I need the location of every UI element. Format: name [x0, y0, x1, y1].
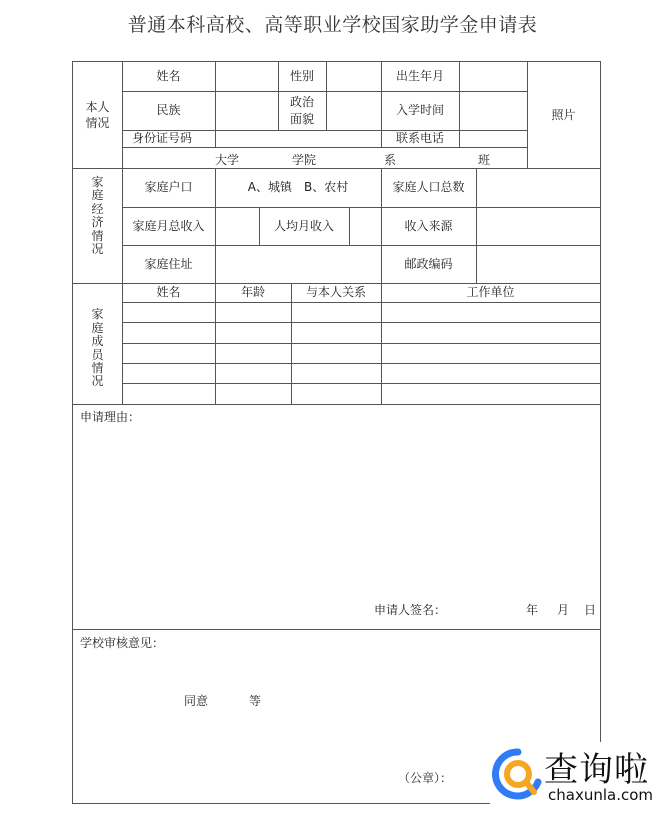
member-row-1-age[interactable]: [215, 302, 291, 322]
name-label: 姓名: [122, 62, 215, 91]
income-source-label: 收入来源: [381, 207, 476, 245]
member-row-1-workplace[interactable]: [381, 302, 600, 322]
divider: [73, 404, 601, 405]
birth-label: 出生年月: [381, 62, 459, 91]
phone-label: 联系电话: [381, 130, 459, 147]
members-header-relation: 与本人关系: [291, 283, 381, 302]
monthly-income-field[interactable]: [215, 207, 259, 245]
population-label: 家庭人口总数: [381, 168, 476, 207]
review-label: 学校审核意见：: [80, 634, 164, 651]
member-row-5-relation[interactable]: [291, 383, 381, 404]
sign-day-label: 日: [584, 601, 596, 618]
watermark-logo: 查询啦 chaxunla.com: [490, 742, 660, 808]
member-row-4-age[interactable]: [215, 363, 291, 383]
ethnicity-field[interactable]: [215, 91, 278, 130]
household-options[interactable]: A、城镇 B、农村: [215, 168, 381, 207]
university-label: 大学: [215, 151, 239, 168]
member-row-1-name[interactable]: [122, 302, 215, 322]
postcode-label: 邮政编码: [381, 245, 476, 283]
household-label: 家庭户口: [122, 168, 215, 207]
address-field[interactable]: [215, 245, 381, 283]
per-capita-field[interactable]: [349, 207, 381, 245]
members-header-age: 年龄: [215, 283, 291, 302]
monthly-income-label: 家庭月总收入: [122, 207, 215, 245]
seal-label: （公章）：: [398, 769, 452, 786]
sign-month-label: 月: [557, 601, 569, 618]
member-row-3-workplace[interactable]: [381, 343, 600, 363]
ethnicity-label: 民族: [122, 91, 215, 130]
review-grade-label: 等: [249, 692, 261, 709]
member-row-5-age[interactable]: [215, 383, 291, 404]
postcode-field[interactable]: [476, 245, 600, 283]
member-row-5-name[interactable]: [122, 383, 215, 404]
signature-label: 申请人签名：: [374, 601, 446, 618]
member-row-2-workplace[interactable]: [381, 322, 600, 343]
name-field[interactable]: [215, 62, 278, 91]
political-label: 政治 面貌: [278, 91, 326, 130]
divider: [122, 147, 527, 148]
personal-section-label: 本人 情况: [73, 62, 122, 168]
enroll-field[interactable]: [459, 91, 527, 130]
member-row-2-name[interactable]: [122, 322, 215, 343]
political-field[interactable]: [326, 91, 381, 130]
member-row-1-relation[interactable]: [291, 302, 381, 322]
per-capita-label: 人均月收入: [259, 207, 349, 245]
members-section-label: 家 庭 成 员 情 况: [73, 283, 122, 404]
birth-field[interactable]: [459, 62, 527, 91]
income-source-field[interactable]: [476, 207, 600, 245]
gender-field[interactable]: [326, 62, 381, 91]
address-label: 家庭住址: [122, 245, 215, 283]
phone-field[interactable]: [459, 130, 527, 147]
department-label: 系: [384, 151, 396, 168]
member-row-5-workplace[interactable]: [381, 383, 600, 404]
enroll-label: 入学时间: [381, 91, 459, 130]
member-row-3-age[interactable]: [215, 343, 291, 363]
member-row-2-age[interactable]: [215, 322, 291, 343]
watermark-en-text: chaxunla.com: [548, 786, 653, 804]
member-row-2-relation[interactable]: [291, 322, 381, 343]
member-row-4-name[interactable]: [122, 363, 215, 383]
member-row-4-relation[interactable]: [291, 363, 381, 383]
members-header-name: 姓名: [122, 283, 215, 302]
sign-year-label: 年: [526, 601, 538, 618]
search-magnifier-icon: [492, 748, 544, 800]
photo-placeholder[interactable]: 照片: [527, 62, 600, 168]
reason-textarea[interactable]: [78, 426, 596, 594]
id-field[interactable]: [215, 130, 381, 147]
member-row-4-workplace[interactable]: [381, 363, 600, 383]
reason-label: 申请理由：: [80, 408, 140, 425]
college-label: 学院: [292, 151, 316, 168]
watermark-cn-text: 查询啦: [544, 742, 649, 791]
economy-section-label: 家 庭 经 济 情 况: [73, 168, 122, 263]
review-agree-label: 同意: [184, 692, 208, 709]
members-header-workplace: 工作单位: [381, 283, 600, 302]
member-row-3-relation[interactable]: [291, 343, 381, 363]
form-title: 普通本科高校、高等职业学校国家助学金申请表: [0, 10, 665, 37]
class-label: 班: [478, 151, 490, 168]
id-label: 身份证号码: [122, 130, 215, 147]
member-row-3-name[interactable]: [122, 343, 215, 363]
gender-label: 性别: [278, 62, 326, 91]
divider: [73, 629, 601, 630]
population-field[interactable]: [476, 168, 600, 207]
